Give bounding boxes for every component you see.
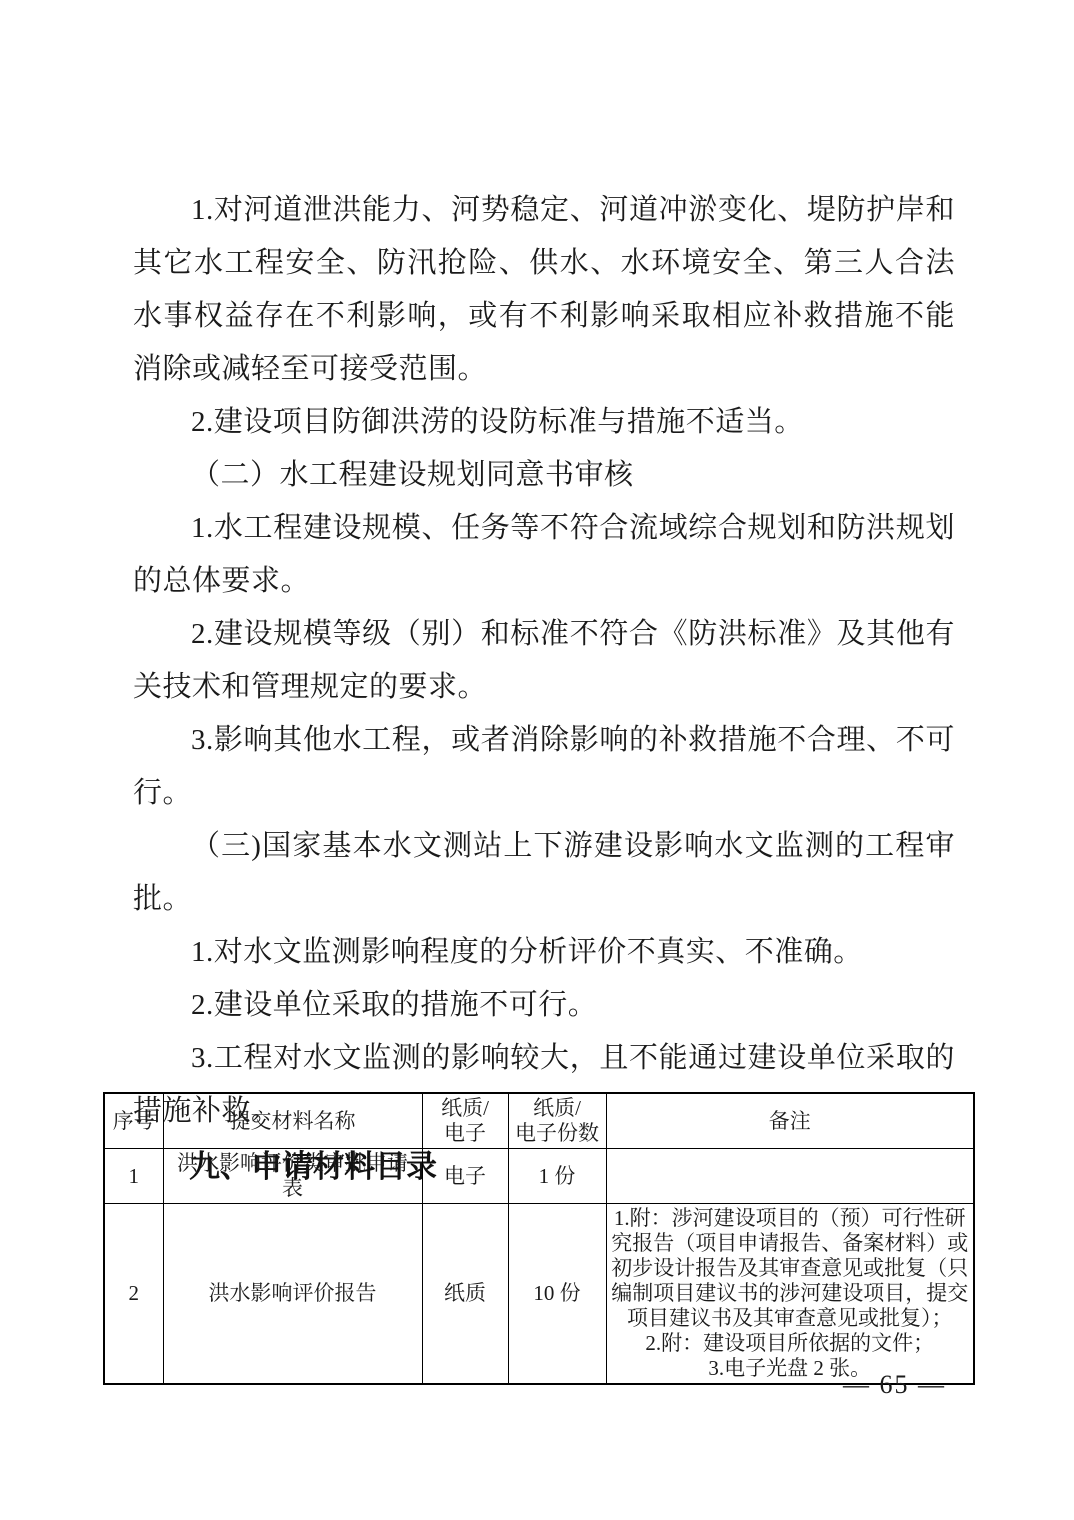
table-header-name: 提交材料名称 [163, 1093, 422, 1149]
materials-table: 序号 提交材料名称 纸质/ 电子 纸质/ 电子份数 备注 1 洪水影响评价类审批… [103, 1092, 975, 1385]
paragraph: 1.对河道泄洪能力、河势稳定、河道冲淤变化、堤防护岸和其它水工程安全、防汛抢险、… [133, 184, 955, 396]
table-cell-note [606, 1149, 974, 1204]
table-header-note: 备注 [606, 1093, 974, 1149]
table-cell-medium: 电子 [422, 1149, 508, 1204]
table-cell-name: 洪水影响评价类审批申请表 [163, 1149, 422, 1204]
table-cell-medium: 纸质 [422, 1204, 508, 1385]
paragraph: 3.影响其他水工程，或者消除影响的补救措施不合理、不可行。 [133, 714, 955, 820]
paragraph: 2.建设单位采取的措施不可行。 [133, 979, 955, 1032]
table-row: 1 洪水影响评价类审批申请表 电子 1 份 [104, 1149, 974, 1204]
document-body: 1.对河道泄洪能力、河势稳定、河道冲淤变化、堤防护岸和其它水工程安全、防汛抢险、… [133, 184, 955, 1200]
paragraph: 2.建设项目防御洪涝的设防标准与措施不适当。 [133, 396, 955, 449]
table-header-medium: 纸质/ 电子 [422, 1093, 508, 1149]
table-header-copies: 纸质/ 电子份数 [508, 1093, 606, 1149]
table-row: 2 洪水影响评价报告 纸质 10 份 1.附：涉河建设项目的（预）可行性研究报告… [104, 1204, 974, 1385]
table-cell-no: 1 [104, 1149, 163, 1204]
table-cell-note: 1.附：涉河建设项目的（预）可行性研究报告（项目申请报告、备案材料）或初步设计报… [606, 1204, 974, 1385]
table-header-row: 序号 提交材料名称 纸质/ 电子 纸质/ 电子份数 备注 [104, 1093, 974, 1149]
paragraph: （三)国家基本水文测站上下游建设影响水文监测的工程审批。 [133, 820, 955, 926]
paragraph: （二）水工程建设规划同意书审核 [133, 449, 955, 502]
table-cell-copies: 1 份 [508, 1149, 606, 1204]
paragraph: 1.水工程建设规模、任务等不符合流域综合规划和防洪规划的总体要求。 [133, 502, 955, 608]
table-cell-no: 2 [104, 1204, 163, 1385]
page-number: — 65 — [843, 1370, 946, 1400]
paragraph: 2.建设规模等级（别）和标准不符合《防洪标准》及其他有关技术和管理规定的要求。 [133, 608, 955, 714]
paragraph: 1.对水文监测影响程度的分析评价不真实、不准确。 [133, 926, 955, 979]
table-cell-copies: 10 份 [508, 1204, 606, 1385]
table-cell-name: 洪水影响评价报告 [163, 1204, 422, 1385]
document-page: 1.对河道泄洪能力、河势稳定、河道冲淤变化、堤防护岸和其它水工程安全、防汛抢险、… [0, 0, 1074, 1520]
table-header-no: 序号 [104, 1093, 163, 1149]
